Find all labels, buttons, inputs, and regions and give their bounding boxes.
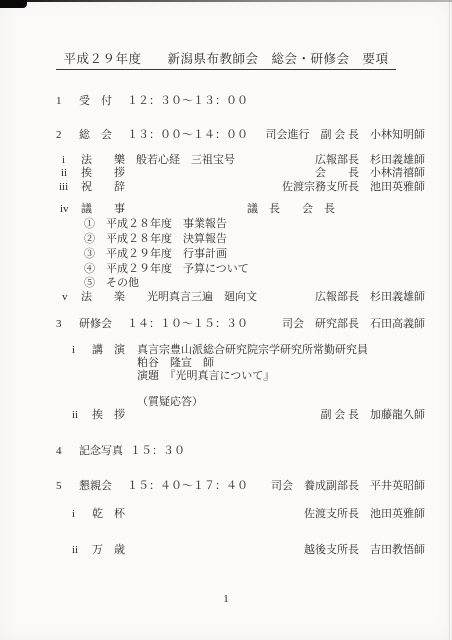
item-i-index: i [62, 154, 65, 167]
lecture-index: i [72, 344, 75, 357]
photo-label: 記念写真 [79, 445, 123, 458]
agenda-item-4: ④ 平成２９年度 予算について [84, 263, 249, 276]
training-mc-credit: 司会 研究部長 石田高義師 [282, 318, 425, 331]
proceedings-chair: 議 長 会 長 [247, 203, 335, 216]
training-greeting-index: ii [72, 409, 78, 422]
scan-artifact-right-edge [449, 0, 450, 640]
closing-index: v [62, 291, 68, 304]
reception-label: 受 付 [79, 95, 112, 108]
training-number: 3 [56, 318, 62, 331]
general-meeting-time: １３：００～１４：００ [127, 129, 248, 142]
lecture-theme: 演題 『光明真言について』 [137, 370, 274, 383]
training-greeting-credit: 副 会 長 加藤龍久師 [321, 409, 426, 422]
item-i-label: 法 樂 般若心経 三祖宝号 [81, 154, 235, 167]
item-iii-label: 祝 辞 [81, 181, 125, 194]
banzai-label: 万 歳 [92, 544, 125, 557]
party-mc-credit: 司会 養成副部長 平井英昭師 [271, 480, 425, 493]
item-iii-credit: 佐渡宗務支所長 池田英雅師 [282, 181, 425, 194]
photo-time: １５：３０ [130, 445, 185, 458]
training-time: １４：１０～１５：３０ [127, 318, 248, 331]
item-ii-credit: 会 長 小林清禧師 [315, 167, 425, 180]
reception-number: 1 [56, 95, 62, 108]
toast-credit: 佐渡支所長 池田英雅師 [304, 508, 425, 521]
proceedings-index: iv [60, 203, 69, 216]
item-ii-index: ii [61, 167, 67, 180]
toast-index: i [72, 508, 75, 521]
document-title: 平成２９年度 新潟県布教師会 総会・研修会 要項 [56, 52, 395, 70]
agenda-item-5: ⑤ その他 [84, 277, 139, 290]
agenda-item-3: ③ 平成２９年度 行事計画 [84, 248, 227, 261]
proceedings-label: 議 事 [81, 203, 125, 216]
document-page: 平成２９年度 新潟県布教師会 総会・研修会 要項 1 受 付 １２：３０～１３：… [0, 0, 452, 640]
training-label: 研修会 [79, 318, 112, 331]
lecture-speaker-title: 真言宗豊山派総合研究院宗学研究所常勤研究員 [137, 344, 368, 357]
agenda-item-1: ① 平成２８年度 事業報告 [84, 218, 227, 231]
closing-credit: 広報部長 杉田義雄師 [315, 291, 425, 304]
party-time: １５：４０～１７：４０ [127, 480, 248, 493]
closing-label: 法 楽 光明真言三遍 廻向文 [81, 291, 257, 304]
banzai-credit: 越後支所長 吉田教悟師 [304, 544, 425, 557]
lecture-speaker-name: 粕谷 隆宣 師 [137, 357, 214, 370]
scan-artifact-top-line [0, 0, 452, 2]
lecture-label: 講 演 [92, 344, 125, 357]
page-number: 1 [0, 593, 452, 605]
reception-time: １２：３０～１３：００ [127, 95, 248, 108]
item-iii-index: iii [59, 181, 68, 194]
lecture-qa: （質疑応答） [137, 396, 203, 409]
party-label: 懇親会 [79, 480, 112, 493]
general-meeting-number: 2 [56, 129, 62, 142]
general-meeting-label: 総 会 [79, 129, 112, 142]
toast-label: 乾 杯 [92, 508, 125, 521]
photo-number: 4 [56, 445, 62, 458]
scan-artifact-corner-blob [0, 0, 27, 8]
general-meeting-mc-credit: 司会進行 副 会 長 小林知明師 [266, 129, 426, 142]
agenda-item-2: ② 平成２８年度 決算報告 [84, 233, 227, 246]
banzai-index: ii [72, 544, 78, 557]
party-number: 5 [56, 480, 62, 493]
title-row: 平成２９年度 新潟県布教師会 総会・研修会 要項 [0, 49, 452, 68]
training-greeting-label: 挨 拶 [92, 409, 125, 422]
item-i-credit: 広報部長 杉田義雄師 [315, 154, 425, 167]
item-ii-label: 挨 拶 [81, 167, 125, 180]
